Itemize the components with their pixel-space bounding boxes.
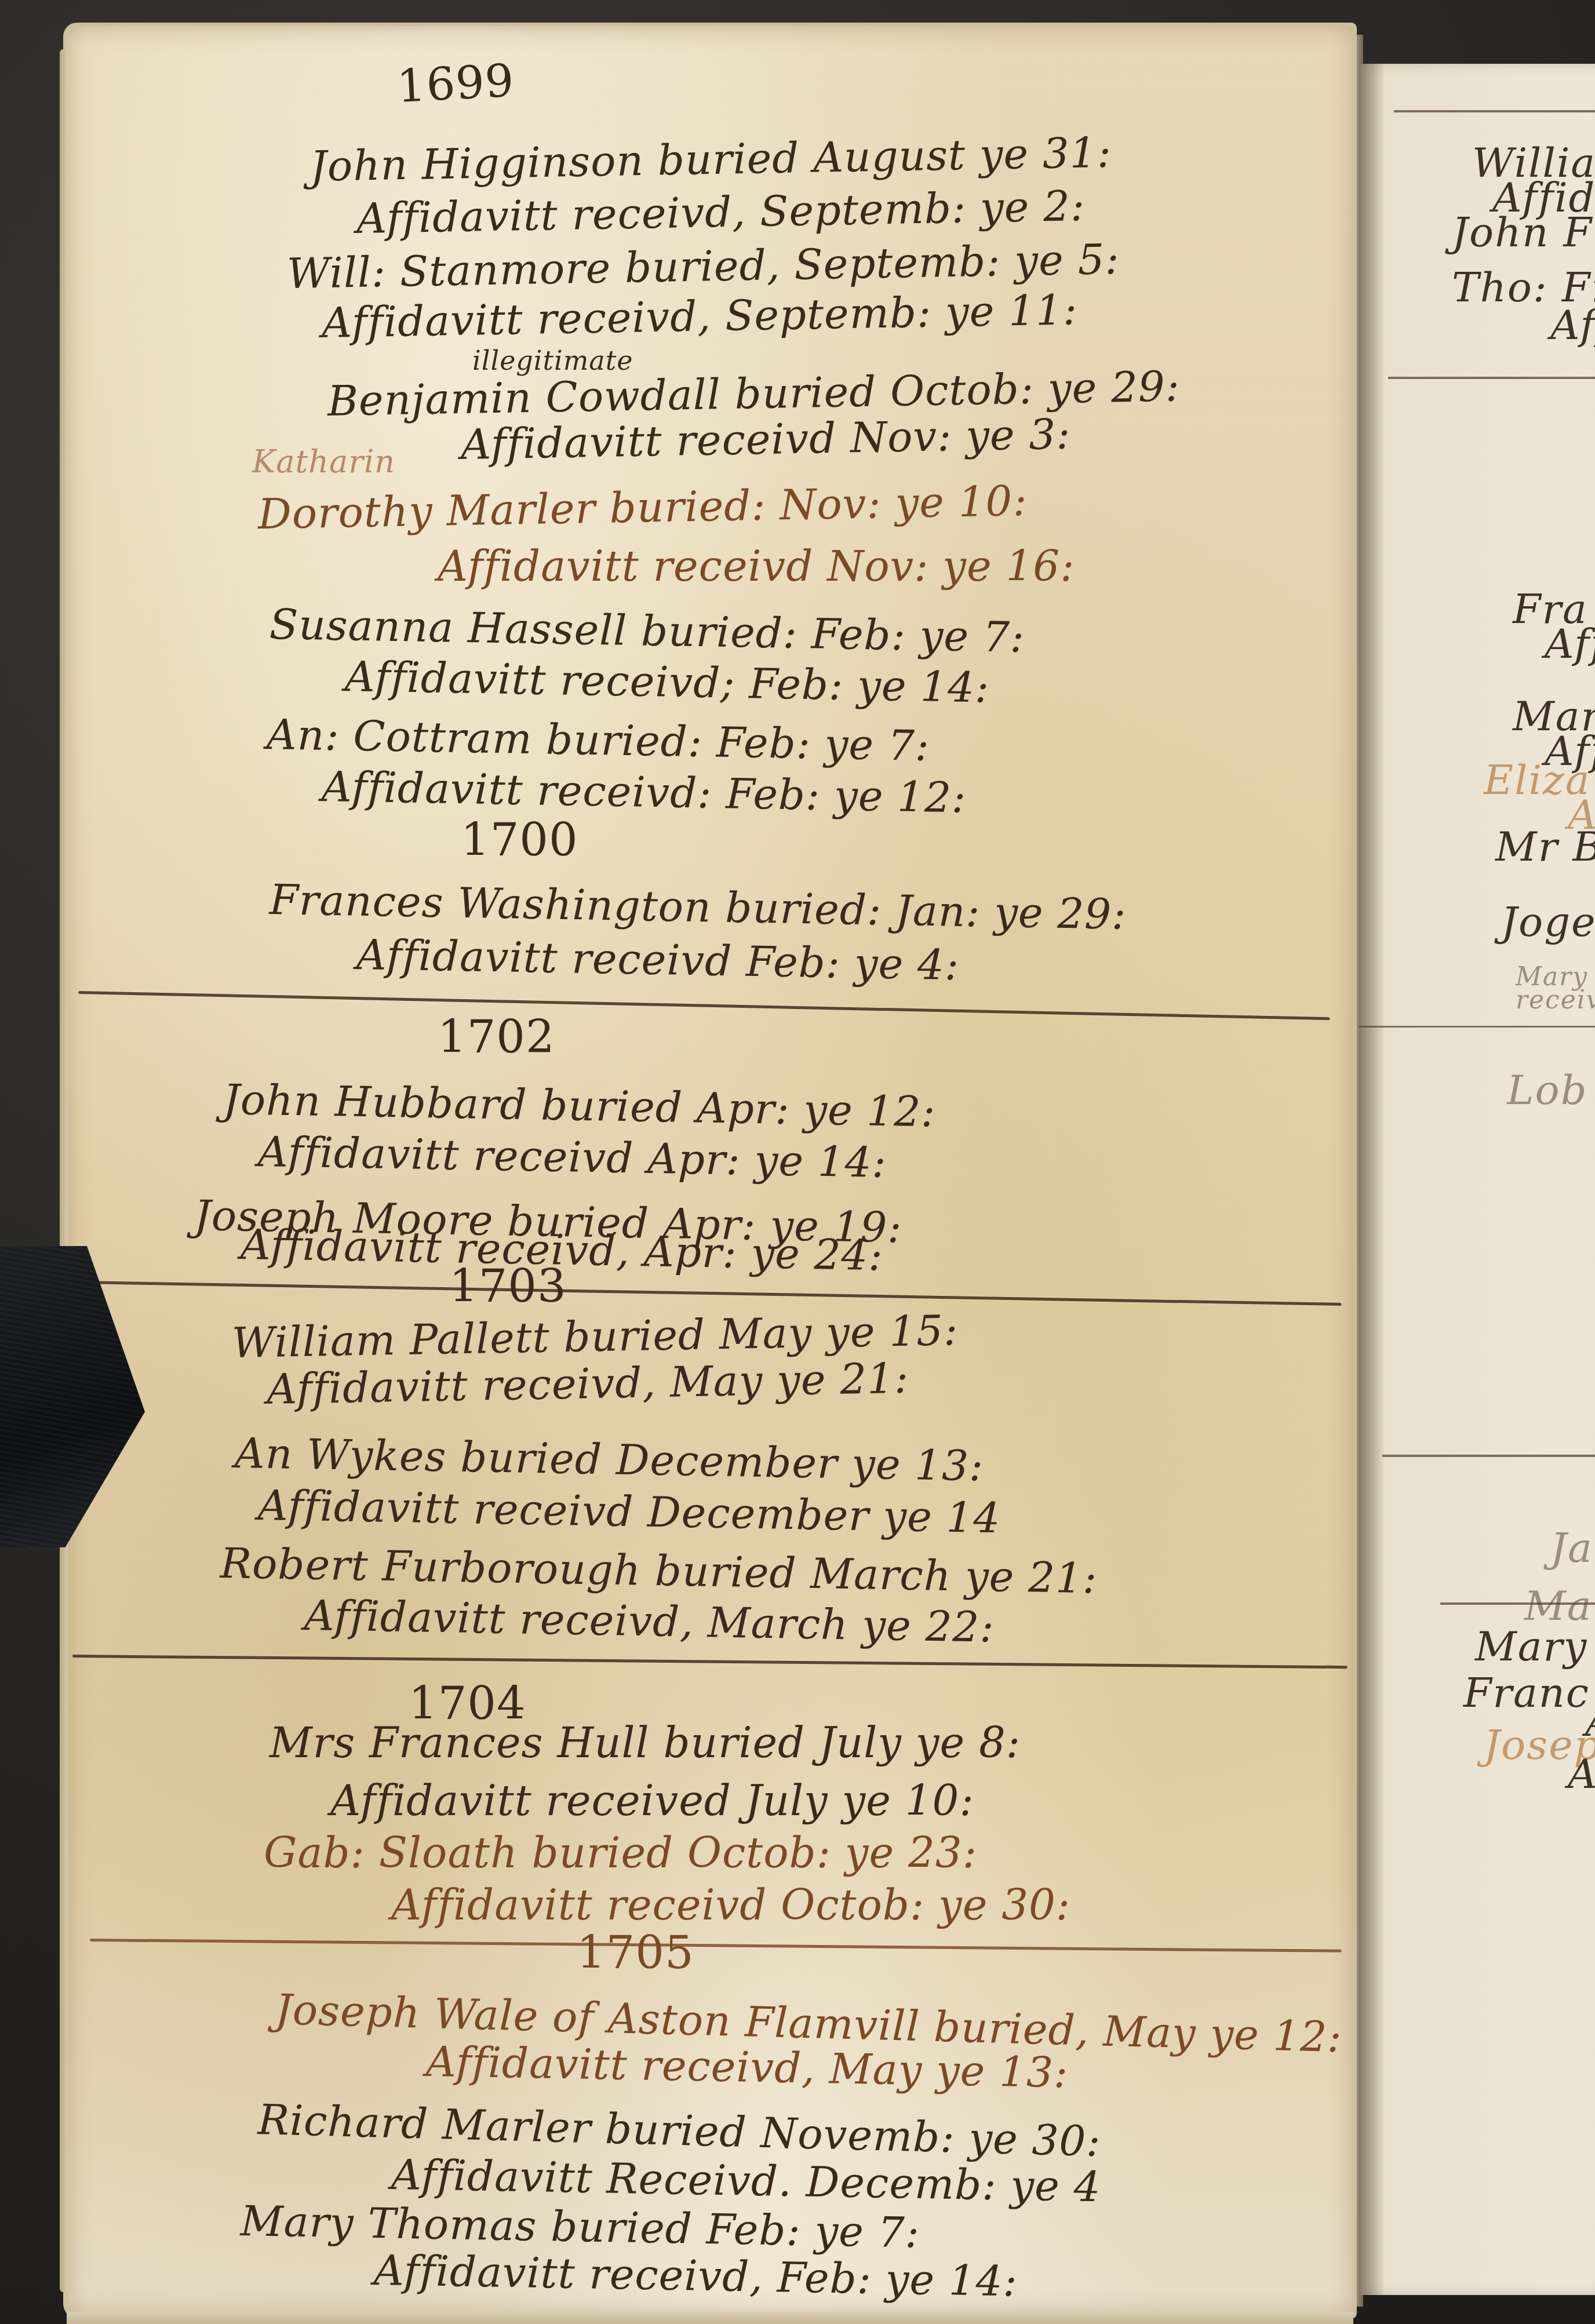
fragment: John F	[1452, 209, 1593, 256]
year-heading: 1705	[577, 1927, 694, 1979]
fragment: Lob	[1507, 1066, 1587, 1114]
fragment: Af	[1568, 1750, 1595, 1798]
right-page: William Affida John F Tho: Fro Aff Fra A…	[1359, 64, 1595, 2295]
burial-entry: Gab: Sloath buried Octob: ye 23:	[264, 1828, 977, 1877]
rule	[1382, 1455, 1595, 1457]
affidavit-entry: Affidavitt receivd December ye 14	[257, 1481, 1001, 1542]
fragment: Joge	[1501, 898, 1595, 946]
fragment: Ja	[1550, 1524, 1593, 1572]
fragment: receiv	[1516, 985, 1595, 1015]
affidavit-entry: Affidavitt receivd: Feb: ye 12:	[321, 762, 967, 822]
affidavit-entry: Affidavitt receivd, Feb: ye 14:	[373, 2246, 1018, 2305]
burial-entry: John Hubbard buried Apr: ye 12:	[223, 1075, 936, 1136]
burial-entry: An Wykes buried December ye 13:	[234, 1429, 984, 1491]
fragment: Mary	[1475, 1623, 1587, 1670]
section-divider	[78, 991, 1330, 1020]
affidavit-entry: Affidavitt receivd, May ye 13:	[425, 2037, 1069, 2097]
affidavit-entry: Affidavitt receivd Nov: ye 3:	[460, 410, 1071, 469]
section-divider	[78, 1281, 1342, 1306]
burial-entry: Mrs Frances Hull buried July ye 8:	[270, 1718, 1021, 1767]
fragment: Aff	[1545, 620, 1595, 668]
rule	[1394, 110, 1595, 112]
rule	[1359, 1026, 1595, 1028]
section-divider	[72, 1655, 1348, 1669]
affidavit-entry: Affidavitt receivd; Feb: ye 14:	[344, 652, 990, 712]
rule	[1388, 377, 1595, 379]
fragment: Aff	[1550, 301, 1595, 349]
affidavit-entry: Affidavitt receivd Nov: ye 16:	[438, 542, 1075, 591]
margin-note: Katharin	[252, 443, 395, 480]
year-heading: 1703	[449, 1261, 567, 1313]
burial-entry: An: Cottram buried: Feb: ye 7:	[266, 710, 930, 770]
year-heading: 1702	[438, 1011, 555, 1063]
affidavit-entry: Affidavitt received July ye 10:	[330, 1776, 974, 1825]
affidavit-entry: Affidavitt receivd, May ye 21:	[266, 1354, 909, 1414]
affidavit-entry: Affidavitt receivd Octob: ye 30:	[391, 1881, 1070, 1929]
burial-entry: Dorothy Marler buried: Nov: ye 10:	[257, 476, 1028, 538]
burial-entry: John Higginson buried August ye 31:	[309, 128, 1112, 191]
affidavit-entry: Affidavitt receivd Apr: ye 14:	[257, 1127, 887, 1187]
section-divider	[90, 1939, 1342, 1953]
rule	[1440, 1602, 1595, 1605]
year-heading: 1699	[396, 54, 516, 112]
affidavit-entry: Affidavitt receivd, Septemb: ye 2:	[356, 181, 1086, 243]
affidavit-entry: Affidavitt receivd Feb: ye 4:	[356, 930, 960, 989]
fragment: Mr Bo	[1495, 823, 1595, 870]
burial-entry: Frances Washington buried: Jan: ye 29:	[269, 875, 1127, 939]
left-page: 1699 John Higginson buried August ye 31:…	[67, 26, 1353, 2315]
affidavit-entry: Affidavitt receivd, March ye 22:	[304, 1591, 995, 1652]
year-heading: 1700	[461, 814, 578, 866]
fragment: Franc	[1463, 1669, 1590, 1717]
